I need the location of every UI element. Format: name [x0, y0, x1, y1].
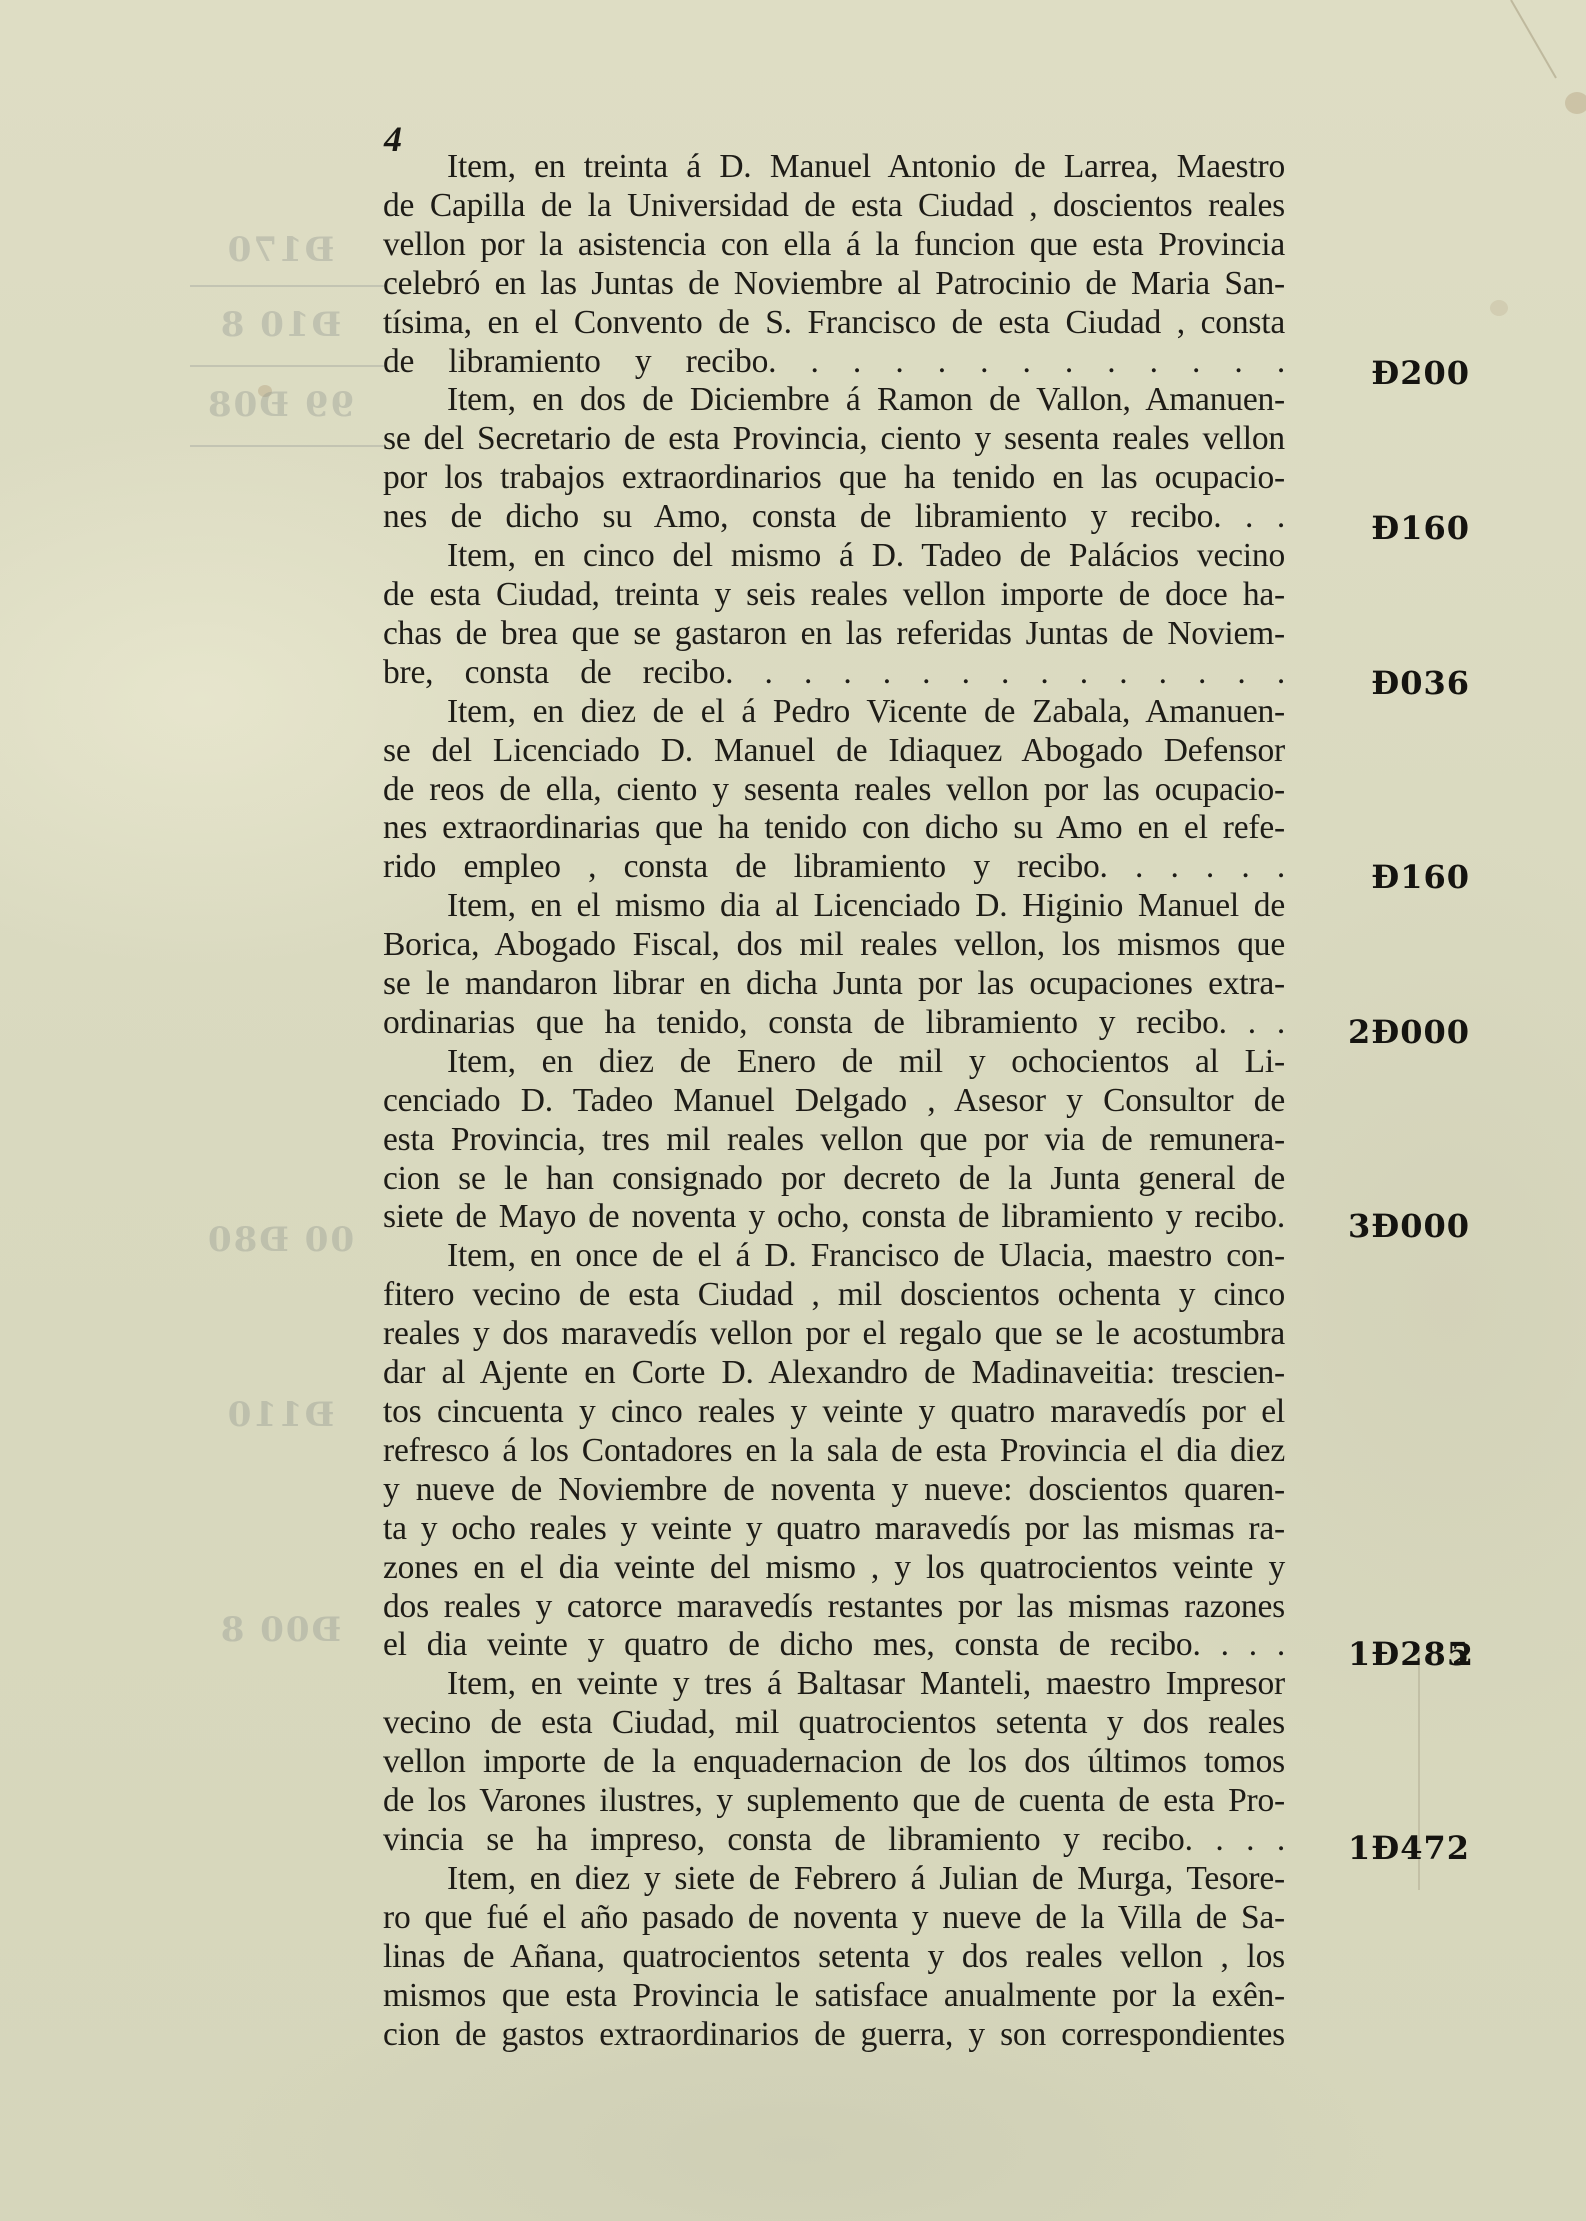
entry-line: vincia se ha impreso, consta de libramie… [383, 1821, 1285, 1860]
entry-line: cenciado D. Tadeo Manuel Delgado , Aseso… [383, 1082, 1285, 1121]
entry-line: linas de Añana, quatrocientos setenta y … [383, 1938, 1285, 1977]
entry-amount: 1Ɖ472 [1348, 1829, 1470, 1867]
entry-line: Item, en cinco del mismo á D. Tadeo de P… [383, 537, 1285, 576]
entry-amount: 3Ɖ000 [1348, 1207, 1470, 1245]
entry-line: Item, en treinta á D. Manuel Antonio de … [383, 148, 1285, 187]
entry-line: tos cincuenta y cinco reales y veinte y … [383, 1393, 1285, 1432]
entry-line: bre, consta de recibo. . . . . . . . . .… [383, 654, 1285, 693]
entry-line: Item, en dos de Diciembre á Ramon de Val… [383, 381, 1285, 420]
entry-line: de esta Ciudad, treinta y seis reales ve… [383, 576, 1285, 615]
ledger-entry: Item, en treinta á D. Manuel Antonio de … [383, 148, 1285, 381]
entry-amount: 2Ɖ000 [1348, 1013, 1470, 1051]
entry-line: Item, en once de el á D. Francisco de Ul… [383, 1237, 1285, 1276]
entry-line: se le mandaron librar en dicha Junta por… [383, 965, 1285, 1004]
entry-amount: Ɖ200 [1371, 354, 1470, 392]
entry-line: rido empleo , consta de libramiento y re… [383, 848, 1285, 887]
entry-line: por los trabajos extraordinarios que ha … [383, 459, 1285, 498]
entry-line: de reos de ella, ciento y sesenta reales… [383, 771, 1285, 810]
entry-line: zones en el dia veinte del mismo , y los… [383, 1549, 1285, 1588]
entry-line: vellon por la asistencia con ella á la f… [383, 226, 1285, 265]
entry-line: tísima, en el Convento de S. Francisco d… [383, 304, 1285, 343]
entry-line: reales y dos maravedís vellon por el reg… [383, 1315, 1285, 1354]
entry-amount: Ɖ160 [1371, 509, 1470, 547]
entry-line: se del Secretario de esta Provincia, cie… [383, 420, 1285, 459]
entry-line: dos reales y catorce maravedís restantes… [383, 1588, 1285, 1627]
entry-line: fitero vecino de esta Ciudad , mil dosci… [383, 1276, 1285, 1315]
entry-line: Item, en diez y siete de Febrero á Julia… [383, 1860, 1285, 1899]
bleed-through-rule [190, 365, 385, 367]
maravedis-amount: 2 [1452, 1638, 1473, 1673]
entry-line: el dia veinte y quatro de dicho mes, con… [383, 1626, 1285, 1665]
ledger-entry: Item, en diez de el á Pedro Vicente de Z… [383, 693, 1285, 888]
entry-line: ta y ocho reales y veinte y quatro marav… [383, 1510, 1285, 1549]
bleed-through-amount: 99 Ɖ08 [180, 385, 380, 425]
entry-line: Borica, Abogado Fiscal, dos mil reales v… [383, 926, 1285, 965]
entry-amount: Ɖ160 [1371, 858, 1470, 896]
paper-fold-mark [1510, 0, 1557, 78]
entry-line: nes de dicho su Amo, consta de libramien… [383, 498, 1285, 537]
bleed-through-amount: Ɖ00 8 [180, 1610, 380, 1650]
entry-line: Item, en diez de el á Pedro Vicente de Z… [383, 693, 1285, 732]
entry-line: Item, en veinte y tres á Baltasar Mantel… [383, 1665, 1285, 1704]
bleed-through-amount: Ɖ110 [180, 1395, 380, 1435]
entry-line: mismos que esta Provincia le satisface a… [383, 1977, 1285, 2016]
entry-line: Item, en el mismo dia al Licenciado D. H… [383, 887, 1285, 926]
ledger-entry: Item, en veinte y tres á Baltasar Mantel… [383, 1665, 1285, 1860]
entry-line: nes extraordinarias que ha tenido con di… [383, 809, 1285, 848]
entry-line: refresco á los Contadores en la sala de … [383, 1432, 1285, 1471]
entry-line: ordinarias que ha tenido, consta de libr… [383, 1004, 1285, 1043]
entry-line: de Capilla de la Universidad de esta Ciu… [383, 187, 1285, 226]
ledger-entry: Item, en dos de Diciembre á Ramon de Val… [383, 381, 1285, 537]
entry-line: chas de brea que se gastaron en las refe… [383, 615, 1285, 654]
entry-line: esta Provincia, tres mil reales vellon q… [383, 1121, 1285, 1160]
paper-stain [1565, 92, 1586, 114]
document-page: Ɖ170 Ɖ10 8 99 Ɖ08 00 Ɖ80 Ɖ110 Ɖ00 8 4 It… [0, 0, 1586, 2221]
bleed-through-amount: Ɖ170 [180, 230, 380, 270]
bleed-through-rule [190, 445, 385, 447]
entry-line: ro que fué el año pasado de noventa y nu… [383, 1899, 1285, 1938]
ledger-entry: Item, en cinco del mismo á D. Tadeo de P… [383, 537, 1285, 693]
entry-line: cion de gastos extraordinarios de guerra… [383, 2016, 1285, 2055]
bleed-through-amount: 00 Ɖ80 [180, 1220, 380, 1260]
entry-line: Item, en diez de Enero de mil y ochocien… [383, 1043, 1285, 1082]
entry-line: vellon importe de la enquadernacion de l… [383, 1743, 1285, 1782]
entry-line: de libramiento y recibo. . . . . . . . .… [383, 343, 1285, 382]
bleed-through-rule [190, 285, 385, 287]
entry-line: dar al Ajente en Corte D. Alexandro de M… [383, 1354, 1285, 1393]
bleed-through-amount: Ɖ10 8 [180, 305, 380, 345]
entry-line: y nueve de Noviembre de noventa y nueve:… [383, 1471, 1285, 1510]
ledger-entry: Item, en diez de Enero de mil y ochocien… [383, 1043, 1285, 1238]
ledger-entry: Item, en el mismo dia al Licenciado D. H… [383, 887, 1285, 1043]
paper-stain [1490, 300, 1508, 316]
entry-amount: Ɖ036 [1371, 664, 1470, 702]
entry-line: celebró en las Juntas de Noviembre al Pa… [383, 265, 1285, 304]
entry-line: vecino de esta Ciudad, mil quatrocientos… [383, 1704, 1285, 1743]
entry-line: de los Varones ilustres, y suplemento qu… [383, 1782, 1285, 1821]
ledger-entry: Item, en once de el á D. Francisco de Ul… [383, 1237, 1285, 1665]
ledger-text: Item, en treinta á D. Manuel Antonio de … [383, 148, 1285, 2054]
entry-line: se del Licenciado D. Manuel de Idiaquez … [383, 732, 1285, 771]
entry-line: cion se le han consignado por decreto de… [383, 1160, 1285, 1199]
entry-line: siete de Mayo de noventa y ocho, consta … [383, 1198, 1285, 1237]
ledger-entry: Item, en diez y siete de Febrero á Julia… [383, 1860, 1285, 2055]
